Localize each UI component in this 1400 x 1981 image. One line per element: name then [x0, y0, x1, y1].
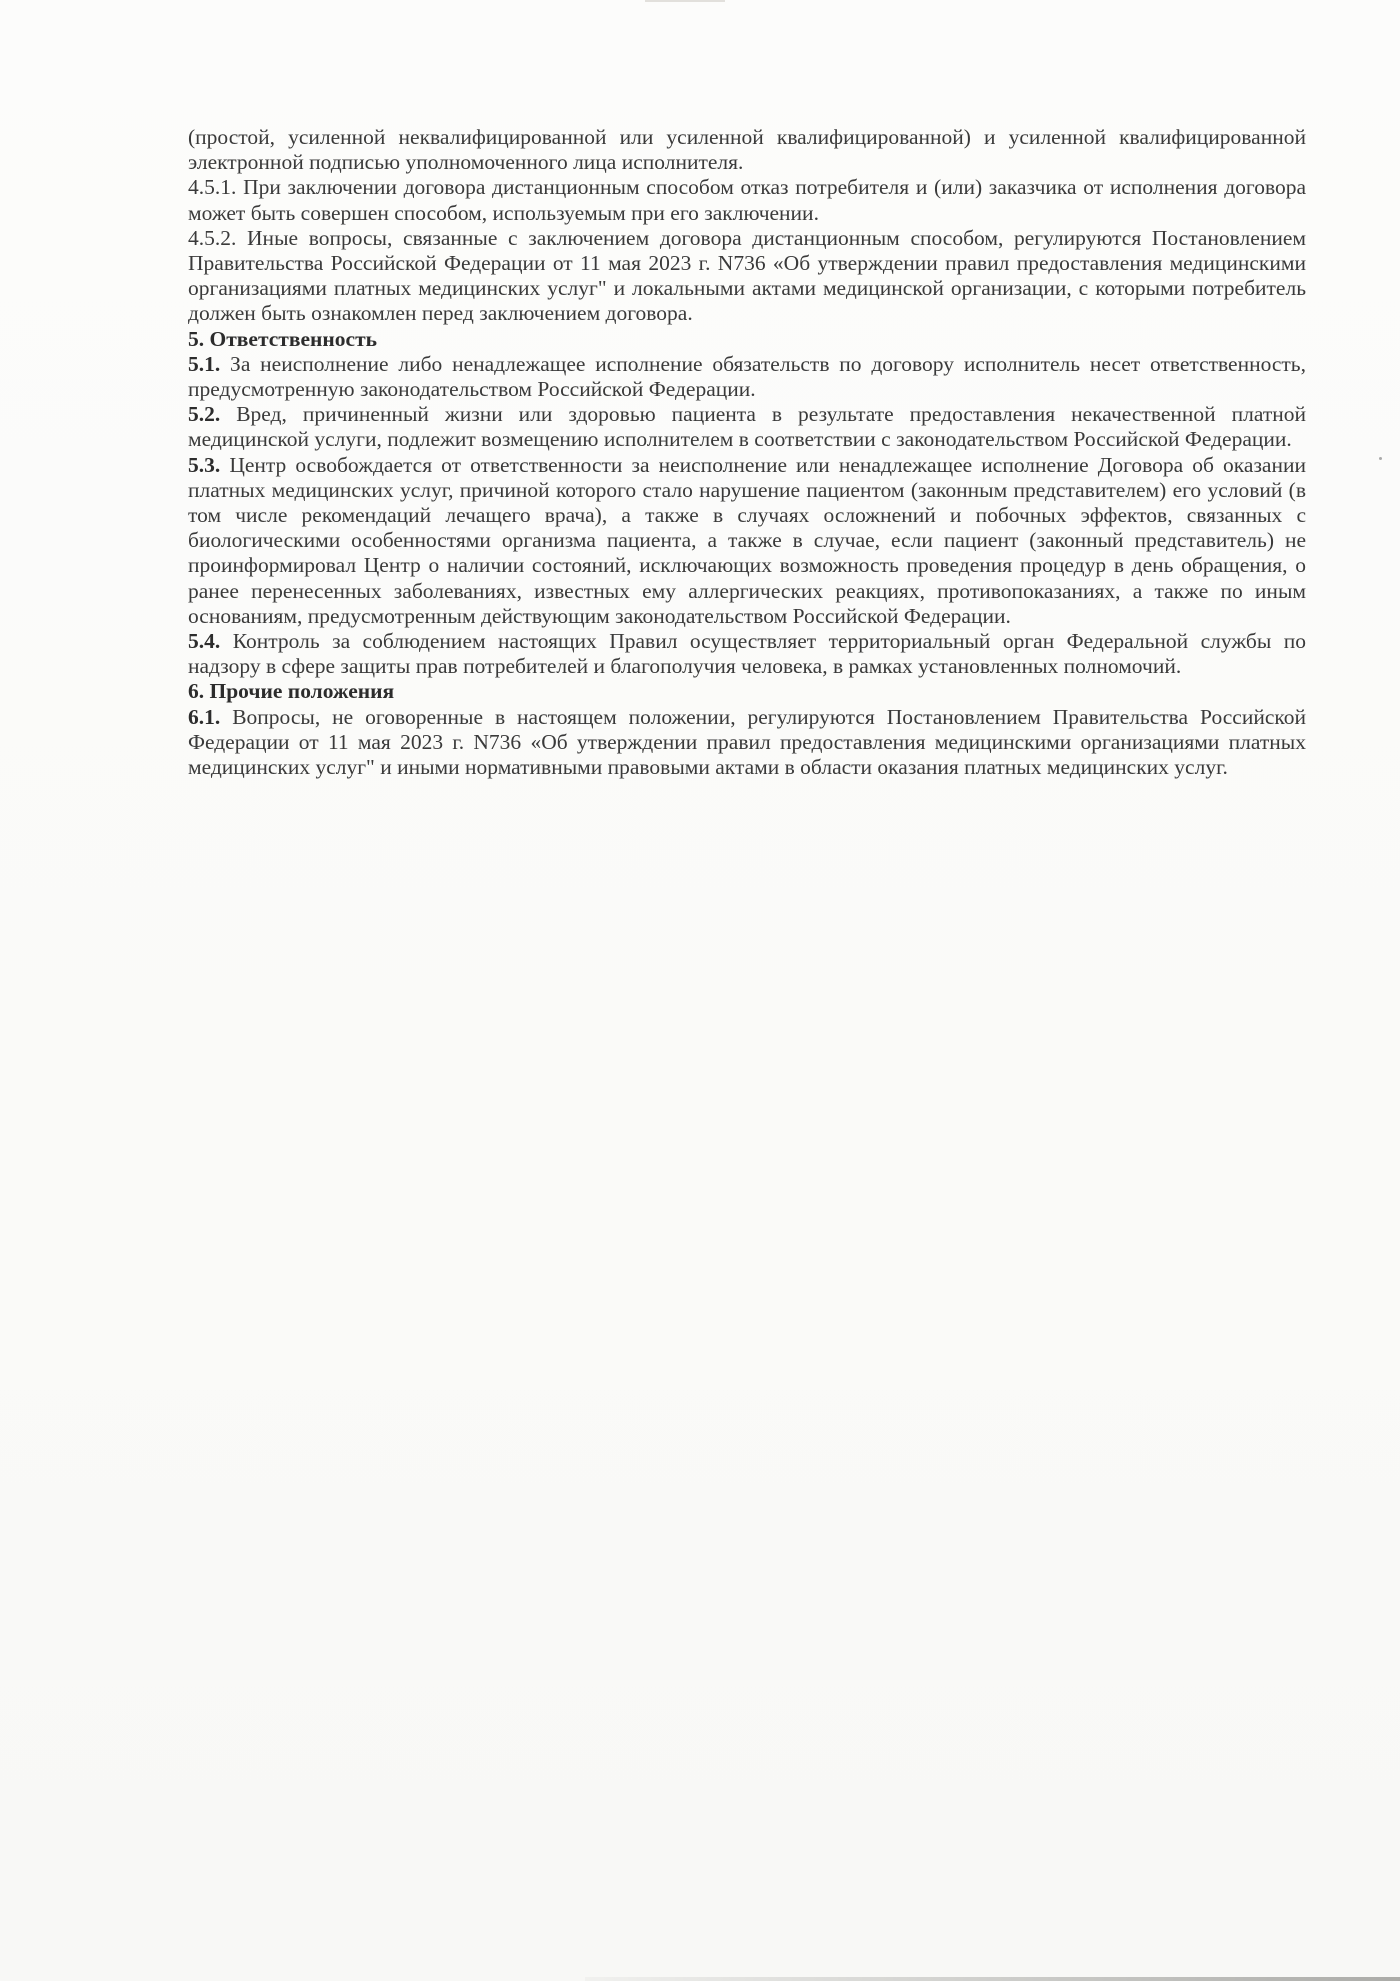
scan-artifact-bottom-edge: [585, 1977, 1400, 1981]
paragraph-4-5-2: 4.5.2. Иные вопросы, связанные с заключе…: [188, 226, 1306, 327]
clause-text: За неисполнение либо ненадлежащее исполн…: [188, 352, 1306, 401]
clause-5-2: 5.2. Вред, причиненный жизни или здоровь…: [188, 402, 1306, 452]
section-6-heading: 6. Прочие положения: [188, 679, 1306, 704]
clause-5-1: 5.1. За неисполнение либо ненадлежащее и…: [188, 352, 1306, 402]
clause-6-1: 6.1. Вопросы, не оговоренные в настоящем…: [188, 705, 1306, 781]
clause-text: Вред, причиненный жизни или здоровью пац…: [188, 402, 1306, 451]
clause-5-4: 5.4. Контроль за соблюдением настоящих П…: [188, 629, 1306, 679]
clause-number: 5.3.: [188, 453, 220, 477]
paragraph-continuation: (простой, усиленной неквалифицированной …: [188, 125, 1306, 175]
clause-text: Центр освобождается от ответственности з…: [188, 453, 1306, 628]
scanned-page: (простой, усиленной неквалифицированной …: [0, 0, 1400, 1981]
paragraph-4-5-1: 4.5.1. При заключении договора дистанцио…: [188, 175, 1306, 225]
clause-number: 6.1.: [188, 705, 220, 729]
clause-text: Контроль за соблюдением настоящих Правил…: [188, 629, 1306, 678]
scan-artifact-top: [645, 0, 725, 2]
clause-number: 5.1.: [188, 352, 220, 376]
section-5-heading: 5. Ответственность: [188, 327, 1306, 352]
clause-number: 5.4.: [188, 629, 220, 653]
clause-number: 5.2.: [188, 402, 220, 426]
scan-speck: [1379, 457, 1382, 460]
clause-text: Вопросы, не оговоренные в настоящем поло…: [188, 705, 1306, 779]
clause-5-3: 5.3. Центр освобождается от ответственно…: [188, 453, 1306, 629]
document-body: (простой, усиленной неквалифицированной …: [188, 125, 1306, 780]
